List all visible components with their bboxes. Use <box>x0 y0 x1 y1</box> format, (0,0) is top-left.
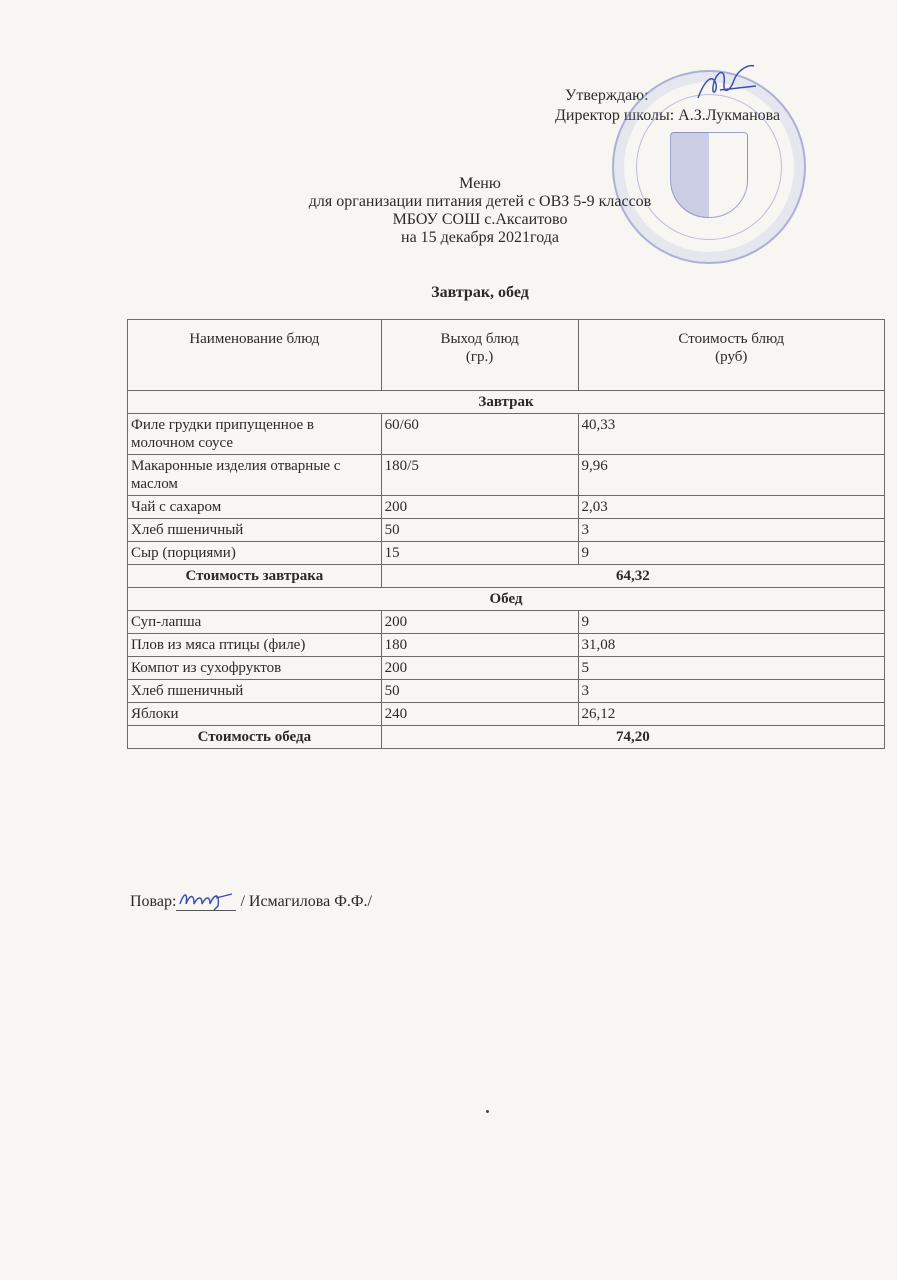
total-row: Стоимость завтрака64,32 <box>128 565 885 588</box>
dish-name: Хлеб пшеничный <box>128 680 382 703</box>
dish-cost: 3 <box>578 519 884 542</box>
menu-table: Наименование блюд Выход блюд(гр.) Стоимо… <box>127 319 885 749</box>
scan-speck <box>486 1110 489 1113</box>
title-date: на 15 декабря 2021года <box>200 229 760 247</box>
total-label: Стоимость завтрака <box>128 565 382 588</box>
dish-yield: 200 <box>381 496 578 519</box>
dish-yield: 15 <box>381 542 578 565</box>
table-row: Сыр (порциями)159 <box>128 542 885 565</box>
dish-yield: 60/60 <box>381 414 578 455</box>
table-row: Чай с сахаром2002,03 <box>128 496 885 519</box>
table-header-row: Наименование блюд Выход блюд(гр.) Стоимо… <box>128 320 885 391</box>
dish-cost: 40,33 <box>578 414 884 455</box>
title-menu: Меню <box>200 175 760 193</box>
section-row: Завтрак <box>128 391 885 414</box>
dish-yield: 200 <box>381 657 578 680</box>
table-row: Хлеб пшеничный503 <box>128 519 885 542</box>
section-row: Обед <box>128 588 885 611</box>
cook-label: Повар: <box>130 893 176 910</box>
total-value: 64,32 <box>381 565 884 588</box>
table-row: Хлеб пшеничный503 <box>128 680 885 703</box>
dish-cost: 9 <box>578 611 884 634</box>
dish-cost: 5 <box>578 657 884 680</box>
dish-cost: 2,03 <box>578 496 884 519</box>
section-title: Обед <box>128 588 885 611</box>
dish-name: Суп-лапша <box>128 611 382 634</box>
cook-signature-icon <box>176 894 236 911</box>
dish-cost: 3 <box>578 680 884 703</box>
table-row: Филе грудки припущенное в молочном соусе… <box>128 414 885 455</box>
dish-yield: 180/5 <box>381 455 578 496</box>
dish-name: Чай с сахаром <box>128 496 382 519</box>
cook-signature-line: Повар: / Исмагилова Ф.Ф./ <box>130 893 372 911</box>
table-row: Макаронные изделия отварные с маслом180/… <box>128 455 885 496</box>
table-row: Плов из мяса птицы (филе)18031,08 <box>128 634 885 657</box>
title-purpose: для организации питания детей с ОВЗ 5-9 … <box>200 193 760 211</box>
dish-yield: 50 <box>381 519 578 542</box>
dish-cost: 31,08 <box>578 634 884 657</box>
dish-yield: 240 <box>381 703 578 726</box>
title-school: МБОУ СОШ с.Аксаитово <box>200 211 760 229</box>
table-row: Компот из сухофруктов2005 <box>128 657 885 680</box>
document-title: Меню для организации питания детей с ОВЗ… <box>200 175 760 247</box>
meals-heading: Завтрак, обед <box>200 284 760 302</box>
dish-cost: 9 <box>578 542 884 565</box>
cook-name: / Исмагилова Ф.Ф./ <box>240 893 372 910</box>
dish-name: Сыр (порциями) <box>128 542 382 565</box>
dish-cost: 9,96 <box>578 455 884 496</box>
dish-name: Хлеб пшеничный <box>128 519 382 542</box>
dish-name: Плов из мяса птицы (филе) <box>128 634 382 657</box>
director-signature-icon <box>690 62 760 106</box>
total-label: Стоимость обеда <box>128 726 382 749</box>
dish-name: Компот из сухофруктов <box>128 657 382 680</box>
total-value: 74,20 <box>381 726 884 749</box>
dish-name: Яблоки <box>128 703 382 726</box>
section-title: Завтрак <box>128 391 885 414</box>
table-row: Суп-лапша2009 <box>128 611 885 634</box>
dish-name: Макаронные изделия отварные с маслом <box>128 455 382 496</box>
dish-cost: 26,12 <box>578 703 884 726</box>
table-row: Яблоки24026,12 <box>128 703 885 726</box>
dish-yield: 200 <box>381 611 578 634</box>
column-header-yield: Выход блюд(гр.) <box>381 320 578 391</box>
dish-name: Филе грудки припущенное в молочном соусе <box>128 414 382 455</box>
total-row: Стоимость обеда74,20 <box>128 726 885 749</box>
dish-yield: 50 <box>381 680 578 703</box>
column-header-name: Наименование блюд <box>128 320 382 391</box>
column-header-cost: Стоимость блюд(руб) <box>578 320 884 391</box>
dish-yield: 180 <box>381 634 578 657</box>
